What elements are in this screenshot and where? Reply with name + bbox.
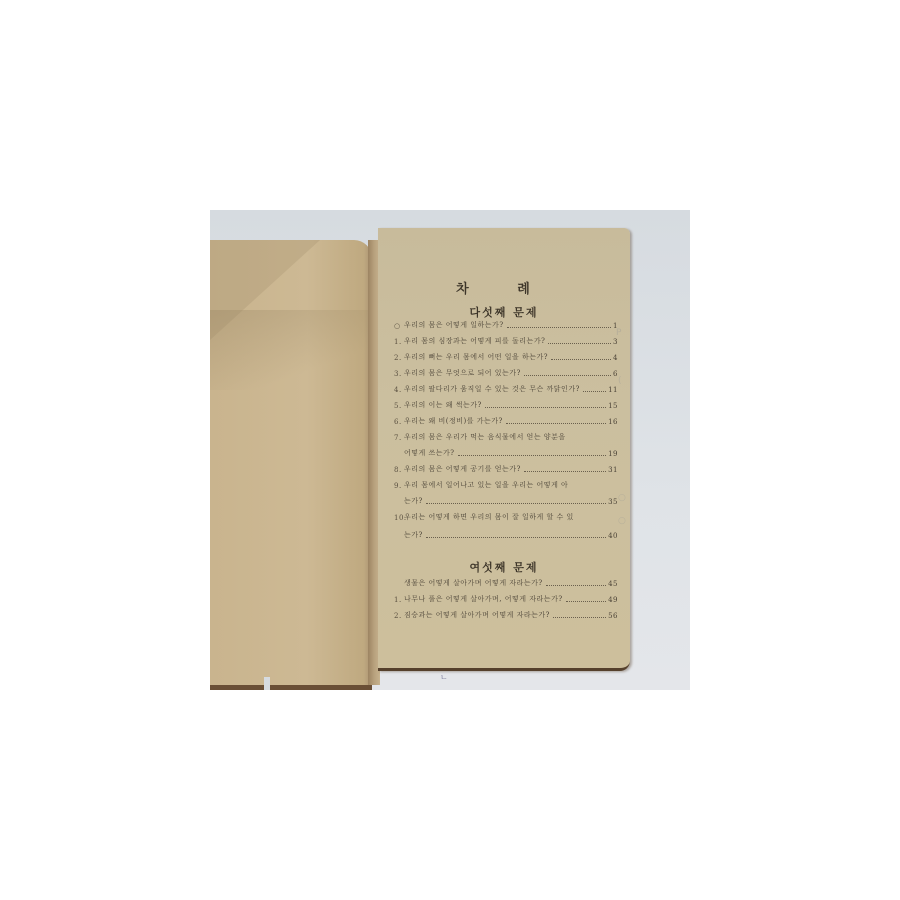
dot-leader xyxy=(548,343,611,344)
pencil-mark: ○ xyxy=(618,493,626,503)
dot-leader xyxy=(551,359,611,360)
toc-entry: 6.우리는 왜 비(정비)를 가는가?16 xyxy=(394,416,618,426)
entry-title: 우리의 몸은 어떻게 일하는가? xyxy=(404,320,504,330)
entry-page-number: 19 xyxy=(608,450,618,458)
dot-leader xyxy=(507,327,611,328)
entry-title: 어떻게 쓰는가? xyxy=(404,448,455,458)
toc-entry: 어떻게 쓰는가?19 xyxy=(404,448,618,458)
pencil-mark: P xyxy=(616,328,621,338)
entry-number: ○ xyxy=(394,322,404,330)
dot-leader xyxy=(553,617,606,618)
entry-title: 우리의 뼈는 우리 몸에서 어떤 일을 하는가? xyxy=(404,352,548,362)
entry-page-number: 16 xyxy=(608,418,618,426)
entry-title: 나무나 풀은 어떻게 살아가며, 어떻게 자라는가? xyxy=(404,594,563,604)
entry-number: 10. xyxy=(394,514,404,522)
toc-entry: ○우리의 몸은 어떻게 일하는가?1 xyxy=(394,320,618,330)
entry-number: 3. xyxy=(394,370,404,378)
entry-title: 우리의 몸은 어떻게 공기를 얻는가? xyxy=(404,464,521,474)
dot-leader xyxy=(566,601,606,602)
entry-page-number: 11 xyxy=(608,386,618,394)
dot-leader xyxy=(524,471,606,472)
toc-entry: 1.우리 몸의 심장과는 어떻게 피를 돌리는가?3 xyxy=(394,336,618,346)
dot-leader xyxy=(524,375,611,376)
toc-entry: 4.우리의 팔다리가 움직일 수 있는 것은 무슨 까닭인가?11 xyxy=(394,384,618,394)
entry-page-number: 45 xyxy=(608,580,618,588)
dot-leader xyxy=(458,455,607,456)
entry-title: 는가? xyxy=(404,530,423,540)
entry-number: 1. xyxy=(394,338,404,346)
pencil-mark: ○ xyxy=(618,516,626,526)
dot-leader xyxy=(583,391,606,392)
entry-number: 2. xyxy=(394,354,404,362)
toc-entry: 2.우리의 뼈는 우리 몸에서 어떤 일을 하는가?4 xyxy=(394,352,618,362)
dot-leader xyxy=(426,537,606,538)
entry-page-number: 4 xyxy=(613,354,618,362)
dot-leader xyxy=(485,407,606,408)
entry-page-number: 56 xyxy=(608,612,618,620)
toc-entry: 1.나무나 풀은 어떻게 살아가며, 어떻게 자라는가?49 xyxy=(394,594,618,604)
entry-number: 6. xyxy=(394,418,404,426)
entry-number: 1. xyxy=(394,596,404,604)
entry-title: 는가? xyxy=(404,496,423,506)
page-fold-shadow xyxy=(210,310,372,390)
page-notch xyxy=(264,677,270,690)
entry-number: 5. xyxy=(394,402,404,410)
entry-page-number: 49 xyxy=(608,596,618,604)
dot-leader xyxy=(506,423,606,424)
entry-title: 우리의 몸은 무엇으로 되어 있는가? xyxy=(404,368,521,378)
left-page xyxy=(210,240,372,690)
entry-number: 9. xyxy=(394,482,404,490)
entry-page-number: 40 xyxy=(608,532,618,540)
toc-entry: 2.짐승과는 어떻게 살아가며 어떻게 자라는가?56 xyxy=(394,610,618,620)
entry-page-number: 31 xyxy=(608,466,618,474)
dot-leader xyxy=(546,585,606,586)
entry-title: 우리의 몸은 우리가 먹는 음식물에서 얻는 양분을 xyxy=(404,432,566,442)
entry-title: 우리의 팔다리가 움직일 수 있는 것은 무슨 까닭인가? xyxy=(404,384,580,394)
entry-title: 우리 몸의 심장과는 어떻게 피를 돌리는가? xyxy=(404,336,545,346)
dot-leader xyxy=(426,503,606,504)
toc-entry: 생물은 어떻게 살아가며 어떻게 자라는가?45 xyxy=(394,578,618,588)
entry-number: 7. xyxy=(394,434,404,442)
book-photo: 차 례 다섯째 문제 ○우리의 몸은 어떻게 일하는가?11.우리 몸의 심장과… xyxy=(210,210,690,690)
toc-entry: 8.우리의 몸은 어떻게 공기를 얻는가?31 xyxy=(394,464,618,474)
toc-entry: 10.우리는 어떻게 하면 우리의 몸이 잘 일하게 할 수 있 xyxy=(394,512,618,522)
entry-title: 우리 몸에서 일어나고 있는 일을 우리는 어떻게 아 xyxy=(404,480,568,490)
entry-title: 짐승과는 어떻게 살아가며 어떻게 자라는가? xyxy=(404,610,550,620)
toc-title: 차 례 xyxy=(378,278,630,297)
toc-entry: 3.우리의 몸은 무엇으로 되어 있는가?6 xyxy=(394,368,618,378)
toc-entry: 는가?35 xyxy=(404,496,618,506)
entry-title: 우리는 왜 비(정비)를 가는가? xyxy=(404,416,503,426)
toc-entry: 9.우리 몸에서 일어나고 있는 일을 우리는 어떻게 아 xyxy=(394,480,618,490)
entry-number: 2. xyxy=(394,612,404,620)
entry-number: 8. xyxy=(394,466,404,474)
stray-mark: ㄴ xyxy=(440,672,448,683)
section-heading: 여섯째 문제 xyxy=(378,559,630,575)
toc-entry: 5.우리의 이는 왜 썩는가?15 xyxy=(394,400,618,410)
entry-title: 생물은 어떻게 살아가며 어떻게 자라는가? xyxy=(404,578,543,588)
entry-title: 우리는 어떻게 하면 우리의 몸이 잘 일하게 할 수 있 xyxy=(404,512,574,522)
toc-page: 차 례 다섯째 문제 ○우리의 몸은 어떻게 일하는가?11.우리 몸의 심장과… xyxy=(378,228,630,671)
entry-number: 4. xyxy=(394,386,404,394)
toc-entry: 는가?40 xyxy=(404,530,618,540)
toc-entry: 7.우리의 몸은 우리가 먹는 음식물에서 얻는 양분을 xyxy=(394,432,618,442)
entry-page-number: 15 xyxy=(608,402,618,410)
entry-page-number: 3 xyxy=(613,338,618,346)
section-heading: 다섯째 문제 xyxy=(378,304,630,320)
entry-page-number: 35 xyxy=(608,498,618,506)
entry-title: 우리의 이는 왜 썩는가? xyxy=(404,400,482,410)
pencil-mark: ( xyxy=(618,376,622,386)
